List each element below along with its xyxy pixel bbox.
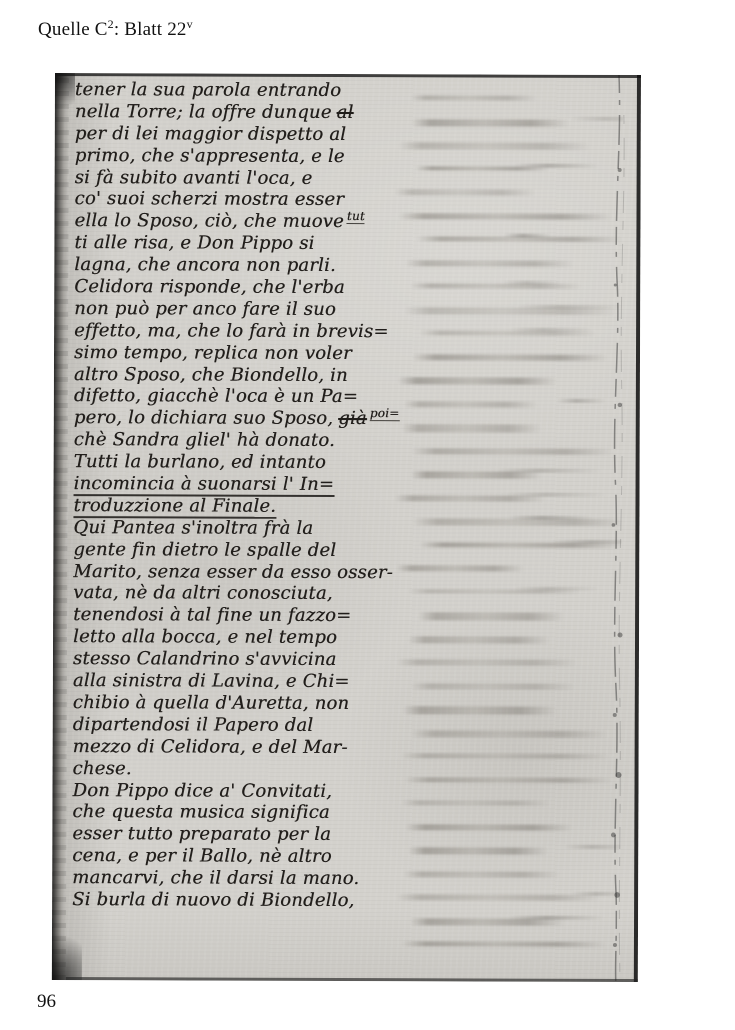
manuscript-line-text: chè Sandra gliel' hà donato.	[74, 429, 335, 451]
manuscript-line-text: vata, nè da altri conosciuta,	[73, 583, 333, 605]
manuscript-line-text: primo, che s'appresenta, e le	[75, 145, 345, 167]
crease-mark	[600, 75, 633, 982]
manuscript-line: letto alla bocca, e nel tempo	[73, 626, 413, 649]
manuscript-line-text: altro Sposo, che Biondello, in	[74, 364, 348, 386]
manuscript-line-text: per di lei maggior dispetto al	[75, 123, 346, 145]
bleedthrough-row	[395, 159, 623, 183]
manuscript-line: chese.	[73, 758, 413, 781]
manuscript-line-text: difetto, giacchè l'oca è un Pa=	[74, 386, 358, 408]
bleedthrough-row	[394, 276, 622, 300]
manuscript-line: esser tutto preparato per la	[72, 823, 412, 846]
bleedthrough-row	[392, 887, 620, 911]
manuscript-line-text: effetto, ma, che lo farà in brevis=	[74, 320, 389, 342]
bleedthrough-row	[394, 464, 622, 488]
manuscript-line-text: Qui Pantea s'inoltra frà la	[73, 517, 313, 539]
bleedthrough-row	[394, 323, 622, 347]
bleedthrough-row	[394, 253, 622, 277]
manuscript-line: lagna, che ancora non parli.	[74, 254, 414, 277]
bleedthrough-row	[394, 229, 622, 253]
manuscript-line: Si burla di nuovo di Biondello,	[72, 889, 412, 912]
caption-text: : Blatt 22	[114, 19, 187, 40]
manuscript-line-text: Don Pippo dice a' Convitati,	[72, 780, 332, 802]
bleedthrough-row	[395, 112, 623, 136]
manuscript-text-block: tener la sua parola entrandonella Torre;…	[72, 79, 415, 912]
caption-text: Quelle C	[38, 19, 108, 40]
bleedthrough-row	[395, 135, 623, 159]
manuscript-line: co' suoi scherzi mostra esser	[75, 189, 415, 212]
manuscript-line: che questa musica significa	[72, 801, 412, 824]
manuscript-line-text: incomincia à suonarsi l' In=	[74, 473, 335, 497]
manuscript-line-text: pero, lo dichiara suo Sposo,	[74, 407, 333, 429]
paper-edge-bottom	[66, 977, 638, 982]
bleedthrough-row	[394, 347, 622, 371]
manuscript-line-text: stesso Calandrino s'avvicina	[73, 648, 337, 670]
bleedthrough-row	[392, 864, 620, 888]
manuscript-line-text: ti alle risa, e Don Pippo si	[74, 232, 314, 254]
caption-superscript: v	[187, 17, 193, 31]
manuscript-line: Qui Pantea s'inoltra frà la	[73, 517, 413, 540]
bleedthrough-row	[394, 300, 622, 324]
page-number: 96	[37, 991, 56, 1013]
manuscript-line-text: tenendosi à tal fine un fazzo=	[73, 604, 351, 626]
manuscript-line: si fà subito avanti l'oca, e	[75, 167, 415, 190]
manuscript-line: cena, e per il Ballo, nè altro	[72, 845, 412, 868]
bleedthrough-row	[393, 582, 621, 606]
manuscript-line: vata, nè da altri conosciuta,	[73, 583, 413, 606]
manuscript-line-text: non può per anco fare il suo	[74, 298, 336, 320]
bleedthrough-row	[392, 934, 620, 958]
bleedthrough-row	[392, 840, 620, 864]
manuscript-line: troduzzione al Finale.	[73, 495, 413, 518]
paper-edge-right	[634, 75, 641, 982]
manuscript-line-text: tener la sua parola entrando	[75, 79, 341, 101]
manuscript-line-text: troduzzione al Finale.	[73, 495, 276, 519]
manuscript-line-text: ella lo Sposo, ciò, che muove	[74, 210, 344, 232]
bleedthrough-row	[394, 206, 622, 230]
manuscript-line-text: Si burla di nuovo di Biondello,	[72, 889, 354, 911]
manuscript-line: ti alle risa, e Don Pippo si	[74, 232, 414, 255]
manuscript-line: Tutti la burlano, ed intanto	[74, 451, 414, 474]
bleedthrough-row	[394, 394, 622, 418]
bleedthrough-row	[393, 535, 621, 559]
bleedthrough-row	[392, 911, 620, 935]
manuscript-line-text: co' suoi scherzi mostra esser	[75, 189, 345, 211]
bleedthrough-row	[393, 652, 621, 676]
bleedthrough-row	[394, 417, 622, 441]
bleedthrough-row	[395, 182, 623, 206]
paper-edge-top	[55, 73, 641, 78]
manuscript-line: effetto, ma, che lo farà in brevis=	[74, 320, 414, 343]
manuscript-line: mezzo di Celidora, e del Mar-	[73, 736, 413, 759]
manuscript-line-text: che questa musica significa	[72, 801, 330, 823]
manuscript-line-text: Tutti la burlano, ed intanto	[74, 451, 326, 473]
manuscript-line-text: nella Torre; la offre dunque	[75, 101, 332, 123]
manuscript-line-text: Celidora risponde, che l'erba	[74, 276, 345, 298]
manuscript-line: ella lo Sposo, ciò, che muovetut	[74, 210, 414, 233]
manuscript-line: difetto, giacchè l'oca è un Pa=	[74, 386, 414, 409]
manuscript-line-text: alla sinistra di Lavina, e Chi=	[73, 670, 350, 692]
manuscript-line-text: chese.	[73, 758, 132, 779]
crossed-out-word: già	[338, 408, 367, 429]
paper-corner-bottomleft	[52, 922, 82, 980]
manuscript-line: non può per anco fare il suo	[74, 298, 414, 321]
paper-corner-topleft	[55, 73, 75, 117]
manuscript-line: primo, che s'appresenta, e le	[75, 145, 415, 168]
bleedthrough-row	[395, 88, 623, 112]
manuscript-line: simo tempo, replica non voler	[74, 342, 414, 365]
bleedthrough-row	[393, 629, 621, 653]
manuscript-line: chibio à quella d'Auretta, non	[73, 692, 413, 715]
manuscript-line: Celidora risponde, che l'erba	[74, 276, 414, 299]
bleedthrough-row	[393, 699, 621, 723]
binding-edge-texture	[52, 73, 69, 980]
bleedthrough-row	[393, 746, 621, 770]
manuscript-line: Don Pippo dice a' Convitati,	[72, 780, 412, 803]
bleedthrough-row	[392, 817, 620, 841]
manuscript-line-text: letto alla bocca, e nel tempo	[73, 626, 337, 648]
source-caption: Quelle C2: Blatt 22v	[38, 17, 193, 41]
manuscript-line-text: si fà subito avanti l'oca, e	[75, 167, 313, 189]
manuscript-line: nella Torre; la offre dunqueal	[75, 101, 415, 124]
manuscript-line-text: chibio à quella d'Auretta, non	[73, 692, 350, 714]
manuscript-line-text: cena, e per il Ballo, nè altro	[72, 845, 332, 867]
crossed-out-word: al	[337, 102, 354, 123]
manuscript-line: mancarvi, che il darsi la mano.	[72, 867, 412, 890]
manuscript-line-text: mezzo di Celidora, e del Mar-	[73, 736, 348, 758]
bleedthrough-row	[392, 770, 620, 794]
manuscript-line-text: Marito, senza esser da esso osser-	[73, 561, 393, 583]
manuscript-line: pero, lo dichiara suo Sposo,giàpoi=	[74, 407, 414, 430]
manuscript-line-text: simo tempo, replica non voler	[74, 342, 352, 364]
manuscript-line-text: dipartendosi il Papero dal	[73, 714, 314, 736]
manuscript-line: gente fin dietro le spalle del	[73, 539, 413, 562]
bleedthrough-row	[393, 605, 621, 629]
manuscript-line: Marito, senza esser da esso osser-	[73, 561, 413, 584]
manuscript-line: chè Sandra gliel' hà donato.	[74, 429, 414, 452]
manuscript-line: alla sinistra di Lavina, e Chi=	[73, 670, 413, 693]
inserted-word: poi=	[370, 406, 400, 421]
bleedthrough-row	[394, 370, 622, 394]
bleedthrough-row	[393, 511, 621, 535]
manuscript-line: per di lei maggior dispetto al	[75, 123, 415, 146]
manuscript-line-text: gente fin dietro le spalle del	[73, 539, 336, 561]
manuscript-line: incomincia à suonarsi l' In=	[74, 473, 414, 496]
manuscript-line: altro Sposo, che Biondello, in	[74, 364, 414, 387]
bleedthrough-row	[393, 558, 621, 582]
manuscript-facsimile: tener la sua parola entrandonella Torre;…	[52, 73, 641, 982]
manuscript-line-text: mancarvi, che il darsi la mano.	[72, 867, 359, 889]
bleedthrough-row	[392, 793, 620, 817]
manuscript-line-text: esser tutto preparato per la	[72, 823, 331, 845]
bleedthrough-row	[393, 488, 621, 512]
bleedthrough-row	[393, 723, 621, 747]
manuscript-line-text: lagna, che ancora non parli.	[74, 254, 336, 276]
bleedthrough-row	[394, 441, 622, 465]
bleedthrough-text	[392, 88, 623, 958]
manuscript-line: tenendosi à tal fine un fazzo=	[73, 604, 413, 627]
inserted-word: tut	[347, 209, 365, 224]
manuscript-line: stesso Calandrino s'avvicina	[73, 648, 413, 671]
bleedthrough-row	[393, 676, 621, 700]
manuscript-line: dipartendosi il Papero dal	[73, 714, 413, 737]
manuscript-line: tener la sua parola entrando	[75, 79, 415, 102]
